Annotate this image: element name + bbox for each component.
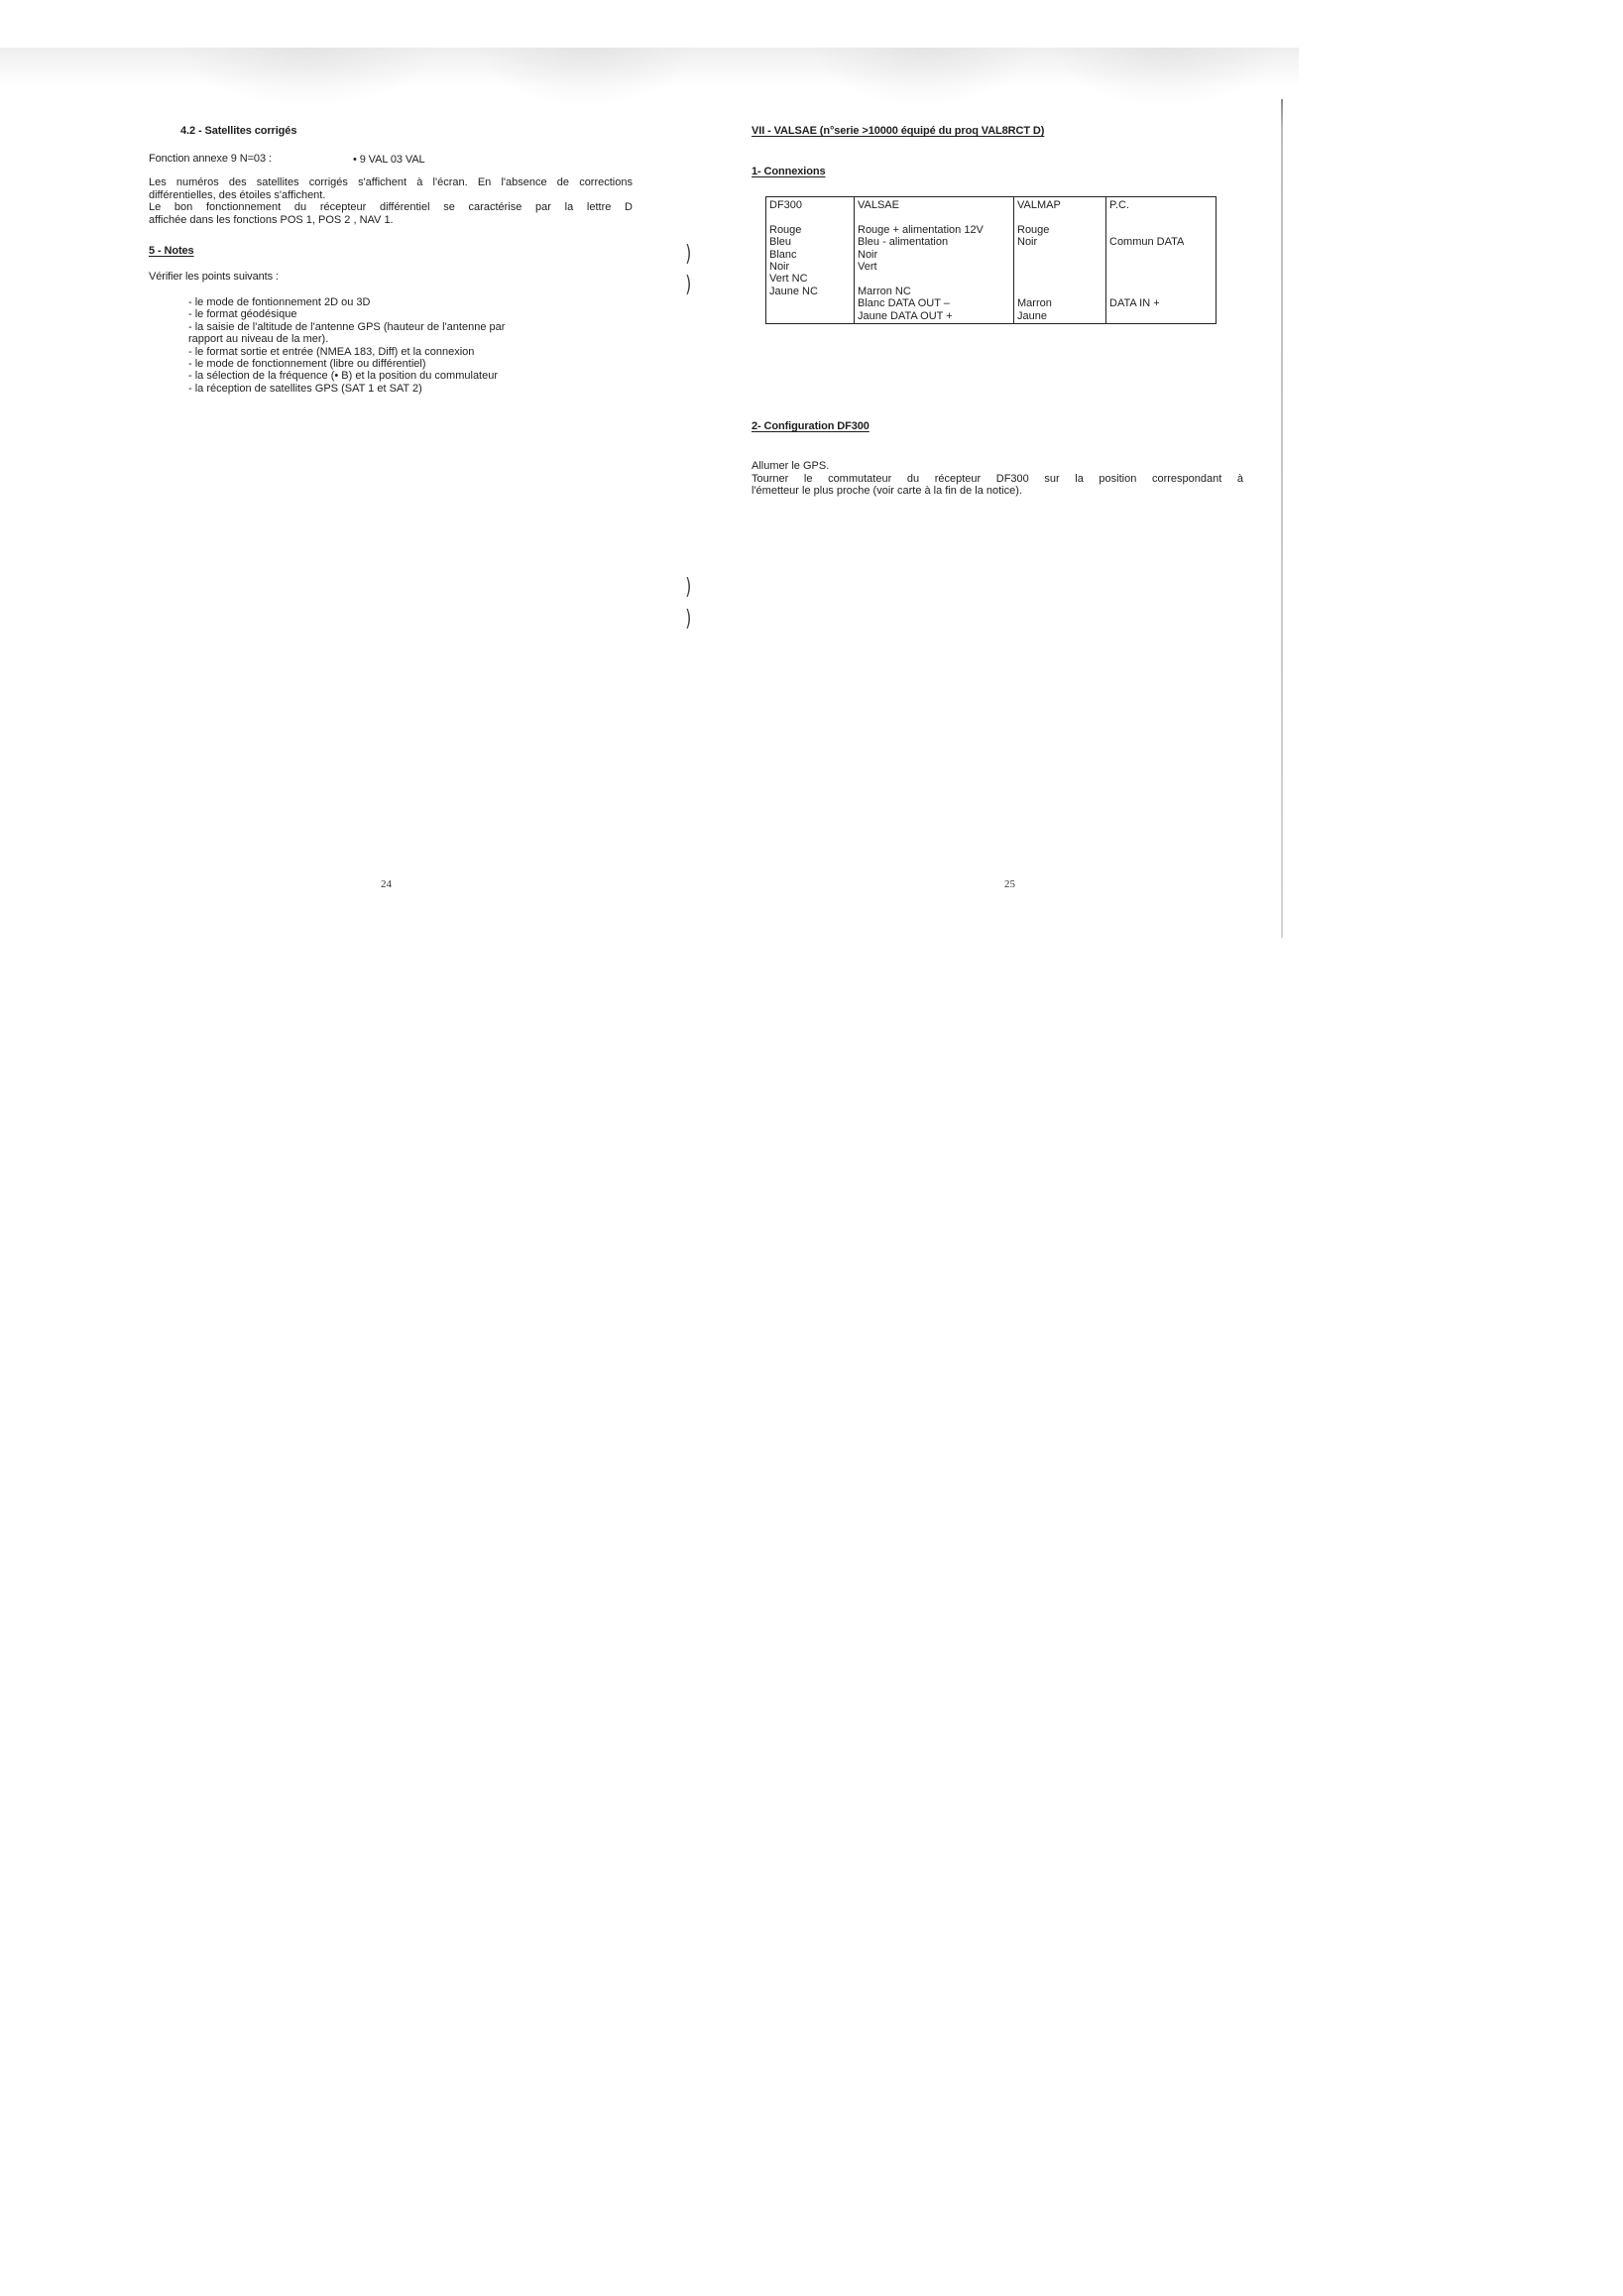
config-title: 2- Configuration DF300 xyxy=(752,420,869,433)
column-header: DF300 xyxy=(769,199,851,211)
cell-line xyxy=(1017,286,1102,297)
cell-line: Blanc xyxy=(769,249,851,261)
cell-line: Noir xyxy=(769,261,851,273)
cell-line xyxy=(1109,286,1213,297)
paragraph-line: Le bon fonctionnement du récepteur diffé… xyxy=(149,201,633,214)
binding-mark: ) xyxy=(685,242,691,267)
cell-line: Marron NC xyxy=(858,286,1010,297)
list-item: - la sélection de la fréquence (• B) et … xyxy=(188,370,505,382)
cell-line: Bleu xyxy=(769,236,851,248)
list-item: - la saisie de l'altitude de l'antenne G… xyxy=(188,321,505,333)
cell-line xyxy=(1017,249,1102,261)
list-item: - le mode de fontionnement 2D ou 3D xyxy=(188,296,505,308)
table-cell-df300: DF300 Rouge Bleu Blanc Noir Vert NC Jaun… xyxy=(766,197,855,324)
list-item: - le format géodésique xyxy=(188,308,505,320)
paragraph-line: l'émetteur le plus proche (voir carte à … xyxy=(752,485,1243,498)
list-item: - le mode de fonctionnement (libre ou di… xyxy=(188,358,505,370)
paragraph-line: affichée dans les fonctions POS 1, POS 2… xyxy=(149,214,633,227)
cell-line xyxy=(858,211,1010,223)
binding-mark: ) xyxy=(685,607,691,631)
cell-line: Bleu - alimentation xyxy=(858,236,1010,248)
table-cell-pc: P.C. Commun DATA DATA IN + xyxy=(1106,197,1217,324)
cell-line xyxy=(1017,211,1102,223)
cell-line: Noir xyxy=(1017,236,1102,248)
column-header: P.C. xyxy=(1109,199,1213,211)
column-header: VALSAE xyxy=(858,199,1010,211)
paragraph-line: Tourner le commutateur du récepteur DF30… xyxy=(752,473,1243,486)
cell-line: Rouge + alimentation 12V xyxy=(858,224,1010,236)
page-number: 24 xyxy=(381,878,392,890)
function-value: • 9 VAL 03 VAL xyxy=(353,154,425,167)
cell-line: Noir xyxy=(858,249,1010,261)
paragraph-line: différentielles, des étoiles s'affichent… xyxy=(149,189,633,202)
satellites-paragraph: Les numéros des satellites corrigés s'af… xyxy=(149,176,633,226)
list-item: - la réception de satellites GPS (SAT 1 … xyxy=(188,383,505,395)
cell-line xyxy=(1109,249,1213,261)
cell-line: Jaune DATA OUT + xyxy=(858,310,1010,322)
cell-line xyxy=(858,273,1010,285)
paragraph-line: Allumer le GPS. xyxy=(752,460,1243,473)
paragraph-line: Les numéros des satellites corrigés s'af… xyxy=(149,176,633,189)
cell-line xyxy=(1109,211,1213,223)
scanned-spread: 4.2 - Satellites corrigés Fonction annex… xyxy=(0,48,1299,902)
notes-list: - le mode de fontionnement 2D ou 3D - le… xyxy=(188,296,505,395)
cell-line: Vert xyxy=(858,261,1010,273)
cell-line xyxy=(769,211,851,223)
binding-mark: ) xyxy=(685,575,691,600)
cell-line xyxy=(1109,310,1213,322)
cell-line: Commun DATA xyxy=(1109,236,1213,248)
table-row: DF300 Rouge Bleu Blanc Noir Vert NC Jaun… xyxy=(766,197,1217,324)
cell-line xyxy=(769,310,851,322)
cell-line: Rouge xyxy=(1017,224,1102,236)
cell-line: Rouge xyxy=(769,224,851,236)
function-label: Fonction annexe 9 N=03 : xyxy=(149,153,272,166)
cell-line xyxy=(1109,273,1213,285)
cell-line: Vert NC xyxy=(769,273,851,285)
config-paragraph: Allumer le GPS. Tourner le commutateur d… xyxy=(752,460,1243,498)
page-number: 25 xyxy=(1004,878,1015,890)
connexions-table: DF300 Rouge Bleu Blanc Noir Vert NC Jaun… xyxy=(765,196,1217,324)
chapter-title: VII - VALSAE (n°serie >10000 équipé du p… xyxy=(752,125,1044,138)
cell-line: Marron xyxy=(1017,297,1102,309)
cell-line: Jaune NC xyxy=(769,286,851,297)
section-title: 4.2 - Satellites corrigés xyxy=(180,125,296,138)
cell-line xyxy=(1109,261,1213,273)
column-header: VALMAP xyxy=(1017,199,1102,211)
page-left: 4.2 - Satellites corrigés Fonction annex… xyxy=(0,48,654,902)
list-item: rapport au niveau de la mer). xyxy=(188,333,505,345)
cell-line xyxy=(769,297,851,309)
notes-title: 5 - Notes xyxy=(149,245,194,258)
table-cell-valmap: VALMAP Rouge Noir Marron Jaune xyxy=(1014,197,1106,324)
binding-mark: ) xyxy=(685,273,691,297)
notes-intro: Vérifier les points suivants : xyxy=(149,271,279,284)
page-right: VII - VALSAE (n°serie >10000 équipé du p… xyxy=(694,48,1289,902)
list-item: - le format sortie et entrée (NMEA 183, … xyxy=(188,346,505,358)
cell-line: DATA IN + xyxy=(1109,297,1213,309)
cell-line xyxy=(1017,261,1102,273)
connexions-title: 1- Connexions xyxy=(752,166,826,178)
cell-line xyxy=(1017,273,1102,285)
table-cell-valsae: VALSAE Rouge + alimentation 12V Bleu - a… xyxy=(855,197,1014,324)
cell-line: Blanc DATA OUT – xyxy=(858,297,1010,309)
cell-line xyxy=(1109,224,1213,236)
cell-line: Jaune xyxy=(1017,310,1102,322)
